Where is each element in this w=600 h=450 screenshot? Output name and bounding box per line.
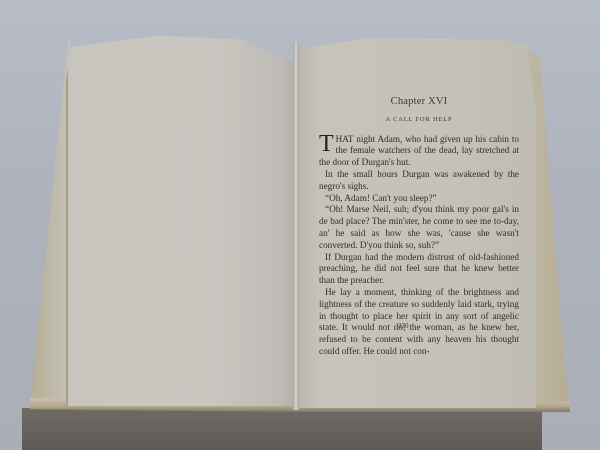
paragraph-6: He lay a moment, thinking of the brightn… (319, 287, 519, 358)
right-page-text: Chapter XVI A CALL FOR HELP THAT night A… (319, 96, 519, 358)
paragraph-1: THAT night Adam, who had given up his ca… (319, 134, 519, 169)
paragraph-4: “Oh! Marse Neil, suh; d'you think my poo… (319, 204, 519, 251)
book-gutter (293, 42, 299, 410)
left-page-blank (66, 32, 300, 406)
left-page-edge (30, 40, 70, 405)
open-book: Chapter XVI A CALL FOR HELP THAT night A… (0, 0, 600, 450)
drop-cap: T (319, 135, 334, 154)
chapter-heading: A CALL FOR HELP (319, 114, 519, 126)
page-number: 330 (398, 322, 409, 330)
paragraph-2: In the small hours Durgan was awakened b… (319, 169, 519, 193)
paragraph-5: If Durgan had the modern distrust of old… (319, 252, 519, 287)
paragraph-3: “Oh, Adam! Can't you sleep?” (319, 193, 519, 205)
chapter-title: Chapter XVI (319, 96, 519, 108)
